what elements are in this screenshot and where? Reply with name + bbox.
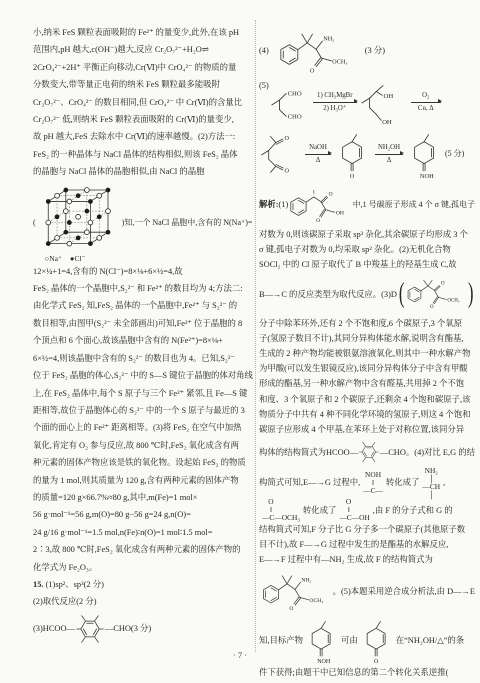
analysis-text: 构简式可知,E—→G 过程中, (259, 475, 360, 490)
analysis-text: 在“NH₂OH/△”的条 (396, 633, 464, 648)
text-line: 的质量=120 g×66.7%≈80 g,其中,m(Fe)=1 mol× (33, 489, 257, 506)
text-line: 氧化,肯定有 O₂ 参与反应,故 800 ℃时,FeS₂ 氧化成含有两 (33, 437, 257, 454)
analysis-text: 可由 (341, 633, 358, 648)
text-line: 碳原子应形成 4 个甲基,在苯环上处于对称位置,该同分异 (259, 422, 475, 437)
o-label: O (350, 173, 355, 180)
analysis-text: , (443, 475, 445, 490)
paren-open: ( (33, 218, 36, 227)
scheme-row-1: (5) CHO CHO 1) CH₃MgBr 2) H₃O⁺ OH (259, 78, 475, 126)
text-line: 24 g/16 g·mol⁻¹=1.5 mol,n(Fe)∶n(O)=1 mol… (33, 524, 257, 541)
analysis-text: 构体的结构简式为HCOO— (259, 445, 358, 460)
oh-label: OH (336, 211, 344, 217)
text-line: 对数为 0,则该碳原子采取 sp³ 杂化,其余碳原子均形成 3 个 (259, 227, 475, 242)
paren-open: ( (399, 280, 405, 308)
text-line: 数目相等,由图甲(S₂²⁻ 未全部画出)可知,Fe²⁺ 位于晶胞的 8 (33, 315, 257, 332)
noh-label: NOH (317, 659, 331, 665)
text-line: 的量为 1 mol,则其质量为 120 g,含有两种元素的固体产物 (33, 472, 257, 489)
amino-ester-structure: NH₂ O OCH₃ (271, 26, 363, 76)
arrow-reagent-top: NH₂OH (378, 144, 400, 152)
left-column: 小,纳米 FeS 颗粒表面吸附的 Fe²⁺ 的量变少,此外,在该 pH 范围内,… (33, 24, 257, 644)
text-line: 范围内,pH 越大,c(OH⁻)越大,反应 Cr₂O₇²⁻+H₂O⇌ (33, 41, 257, 58)
methylcyclohexenone-structure: O (333, 128, 373, 180)
analysis-lead-row: 解析:(1) 1 O O OH 中,1 号碳原子形成 4 个 σ 键,孤电子 (259, 183, 475, 227)
analysis-text: 转化成了 (303, 503, 337, 518)
cho-label: CHO (287, 114, 301, 121)
analysis-text: 转化成了 (386, 475, 420, 490)
text-line: 个顶点和 6 个面心,故该晶胞中含有的 N(Fe²⁺)=8×⅛+ (33, 332, 257, 349)
text-line: Cr₂O₇²⁻、CrO₄²⁻ 的数目相同,但 CrO₄²⁻ 中 Cr(Ⅵ)的含量… (33, 94, 257, 111)
carboxyl-group-fragment: O ‖ —C—OH (339, 498, 369, 521)
acid-label: —C—OH (339, 514, 369, 522)
analysis-text: —CHO。(4)对比 E,G 的结 (380, 445, 475, 460)
text-line: FeS₂ 的一种晶体与 NaCl 晶体的结构相似,则该 FeS₂ 晶体 (33, 146, 257, 163)
scanned-answer-page: 小,纳米 FeS 颗粒表面吸附的 Fe²⁺ 的量变少,此外,在该 pH 范围内,… (0, 0, 480, 683)
text-line: 12×¼+1=4,含有的 N(Cl⁻)=8×⅛+6×½=4,故 (33, 263, 257, 280)
arrow-reagent-top: NaOH (309, 144, 327, 152)
text-line: 为甲酸(可以发生银镜反应),该同分异构体分子中含有甲酸 (259, 361, 475, 376)
text-line: 和度、3 个氧原子和 2 个碳原子,还剩余 4 个饱和碳原子,该 (259, 392, 475, 407)
answer-text: —CHO(3 分) (105, 620, 151, 637)
text-line: σ 键,孤电子对数为 0,均采取 sp² 杂化。(2)无机化合物 (259, 242, 475, 257)
scheme-row-2: O O NaOH Δ O NH₂OH Δ (259, 128, 475, 180)
text-line: E—→F 过程中有—NH₂ 生成,故 F 的结构简式为 (259, 552, 475, 567)
legend-cl-label: Cl⁻ (74, 254, 85, 263)
text-line: 小,纳米 FeS 颗粒表面吸附的 Fe²⁺ 的量变少,此外,在该 pH (33, 24, 257, 41)
text-line: 2∶3,故 800 ℃时,FeS₂ 氧化成含有两种元素的固体产物的 (33, 541, 257, 558)
text-line: 子(氢原子数目不计),其同分异构体能水解,说明含有酯基, (259, 331, 475, 346)
text-line: 化学式为 Fe₂O₃。 (33, 559, 257, 576)
arrow-reagent-top: 1) CH₃MgBr (317, 92, 352, 100)
o-label: O (310, 67, 315, 74)
text-line: 上,在 FeS₂ 晶体中,每个 S 原子与三个 Fe²⁺ 紧邻,且 Fe—S 键 (33, 385, 257, 402)
analysis-text: B—→C 的反应类型为取代反应。(3)D (259, 287, 397, 302)
tetramethylbenzene-structure (75, 614, 105, 644)
score-label: (3 分) (365, 43, 385, 58)
keto-ester-structure: O O OCH₃ (406, 273, 465, 316)
analysis-label: 解析: (259, 200, 279, 209)
question-15-answer-line: (2)取代反应(2 分) (33, 593, 257, 610)
text-line: 由化学式 FeS₂ 知,FeS₂ 晶体的一个晶胞中,Fe²⁺ 与 S₂²⁻ 的 (33, 297, 257, 314)
legend-na-label: Na⁺ (49, 254, 62, 263)
carbon-label: —C— (363, 487, 383, 495)
text-line: 生成的 2 种产物均能被银氨溶液氧化,则其中一种水解产物 (259, 346, 475, 361)
text-line: 2CrO₄²⁻+2H⁺ 平衡正向移动,Cr(Ⅵ)中 CrO₄²⁻ 的物质的量 (33, 59, 257, 76)
crystal-legend: ○Na⁺ ●Cl⁻ (45, 254, 119, 263)
paren-close: ) (468, 280, 474, 308)
text-line: 物质分子中共有 4 种不同化学环境的氢原子,则这 4 个饱和 (259, 407, 475, 422)
och3-label: OCH₃ (448, 298, 460, 303)
o-label: O (285, 136, 290, 142)
analysis-text: ,由 F 的分子式和 G 的 (373, 503, 453, 518)
question-15-answer-line: 15. (1)sp²、sp³(2 分) (33, 576, 257, 593)
analysis-text: 。(5)本题采用逆合成分析法,由 D—→E (333, 584, 475, 599)
text-line: SOCl₂ 中的 Cl 原子取代了 B 中羧基上的羟基生成 C,故 (259, 257, 475, 272)
keto-acid-structure: 1 O O OH (288, 183, 352, 227)
carbon-1-label: 1 (313, 190, 316, 196)
oxime-group-fragment: NOH ‖ —C— (363, 471, 383, 494)
conversion-row-1: 构简式可知,E—→G 过程中, NOH ‖ —C— 转化成了 NH₂ │ —CH… (259, 467, 475, 498)
nacl-figure-row: ( (33, 183, 257, 263)
o-label: O (329, 191, 333, 197)
cyclohexenone-oxime-structure: NOH (405, 128, 445, 180)
arrow-reagent-top: O₂ (422, 92, 429, 100)
o-label: O (285, 168, 290, 174)
text-line: Cr₂O₇²⁻ 低,则纳米 FeS 颗粒表面吸附的 Cr(Ⅵ)的量变少, (33, 111, 257, 128)
nacl-unit-cell-block: ○Na⁺ ●Cl⁻ (39, 183, 119, 263)
isomer-structure-row: 构体的结构简式为HCOO— —CHO。(4)对比 E,G 的结 (259, 437, 475, 467)
arrow-line (411, 102, 441, 103)
text-line: 结构简式可知,F 分子比 G 分子多一个碳原子(其他原子数 (259, 522, 475, 537)
single-bond-glyph: │ (429, 491, 434, 499)
arrow-reagent-bottom: Δ (316, 157, 320, 165)
dialdehyde-structure: CHO CHO (269, 80, 311, 124)
arrow-reagent-bottom: Cu, Δ (418, 105, 434, 113)
answer-label: (1) (279, 200, 289, 209)
text-line: 故 pH 越大,FeS 去除水中 Cr(Ⅵ)的速率越慢。(2)方法一: (33, 128, 257, 145)
question-number: 15. (33, 580, 43, 589)
reaction-arrow: O₂ Cu, Δ (411, 92, 441, 112)
text-line: 件下获得;由题干中已知信息的第二个转化关系逆推( (259, 665, 475, 680)
page-number: · 7 · (0, 650, 480, 660)
text-line: 56 g·mol⁻¹=56 g,m(O)=80 g−56 g=24 g,n(O)… (33, 506, 257, 523)
o-label: O (289, 607, 293, 613)
o-label: O (374, 659, 379, 665)
diol-structure: OH OH (359, 78, 409, 126)
methyl-ester-group-fragment: O ‖ —C—OCH₃ (262, 498, 300, 521)
arrow-line (375, 154, 403, 155)
text-line: 分子中除苯环外,还有 2 个不饱和度,6 个碳原子,3 个氧原 (259, 316, 475, 331)
analysis-text: 知,目标产物 (259, 633, 303, 648)
analysis-text: 中,1 号碳原子形成 4 个 σ 键,孤电子 (353, 197, 475, 212)
amine-group-fragment: NH₂ │ —CH │ (422, 467, 440, 498)
compound-f-row: NH₂ O OCH₃ 。(5)本题采用逆合成分析法,由 D—→E (259, 567, 475, 615)
och3-label: OCH₃ (309, 599, 323, 605)
text-line: 种元素的固体产物应该是铁的氧化物。设起始 FeS₂ 的物质 (33, 454, 257, 471)
score-label: (5 分) (445, 146, 464, 161)
o-label: O (430, 305, 434, 310)
text-line: 的晶胞与 NaCl 晶体的晶胞相似,由 NaCl 的晶胞 (33, 163, 257, 180)
text-line: 6×½=4,则该晶胞中含有的 S₂²⁻ 的数目也为 4。已知,S₂²⁻ (33, 350, 257, 367)
och3-label: OCH₃ (332, 59, 347, 66)
isomer-structure-row: (3)HCOO— —CHO(3 分) (33, 614, 257, 644)
oh-label: OH (383, 93, 393, 100)
answer-4-row: (4) NH₂ O OCH₃ (3 分) (259, 26, 475, 76)
cho-label: CHO (287, 90, 301, 97)
arrow-reagent-bottom: 2) H₃O⁺ (323, 105, 346, 113)
answer-label: (4) (259, 43, 269, 58)
o-label: O (441, 281, 445, 286)
nh2-label: NH₂ (301, 578, 311, 584)
text-line: 位于 FeS₂ 晶胞的体心,S₂²⁻ 中的 S—S 键位于晶胞的体对角线 (33, 367, 257, 384)
oh-label: OH (382, 119, 392, 126)
reaction-arrow: 1) CH₃MgBr 2) H₃O⁺ (313, 92, 357, 112)
right-column: (4) NH₂ O OCH₃ (3 分) (5) (259, 26, 475, 681)
crystal-wrap-text: )知,一个 NaCl 晶胞中,含有的 N(Na⁺)= (122, 217, 253, 228)
text-line: 距相等,故位于晶胞体心的 S₂²⁻ 中的一个 S 原子与最近的 3 (33, 402, 257, 419)
arrow-line (313, 102, 357, 103)
o-label: O (268, 498, 293, 506)
o-label: O (316, 218, 320, 224)
amino-ester-structure: NH₂ O OCH₃ (259, 567, 333, 615)
diketone-structure: O O (259, 129, 303, 179)
text-line: FeS₂ 晶体的一个晶胞中,S₂²⁻ 和 Fe²⁺ 的数目均为 4;方法二: (33, 280, 257, 297)
ester-label: —C—OCH₃ (262, 514, 300, 522)
text-line: 个面的面心上的 Fe²⁺ 距离相等。(3)将 FeS₂ 在空气中加热 (33, 419, 257, 436)
nacl-unit-cell-diagram (39, 183, 119, 248)
nh2-label: NH₂ (323, 35, 334, 42)
answer-label: (5) (259, 78, 269, 93)
reaction-arrow: NH₂OH Δ (375, 144, 403, 164)
arrow-reagent-bottom: Δ (387, 157, 391, 165)
text-line: 目不计),故 F—→G 过程中发生的是酯基的水解反应, (259, 537, 475, 552)
conversion-row-2: O ‖ —C—OCH₃ 转化成了 O ‖ —C—OH ,由 F 的分子式和 G … (259, 498, 475, 521)
arrow-line (305, 154, 331, 155)
noh-label: NOH (420, 173, 434, 180)
text-line: 形成的酯基,另一种水解产物中含有醛基,共用掉 2 个不饱 (259, 376, 475, 391)
compound-d-row: B—→C 的反应类型为取代反应。(3)D ( O O OCH₃ ) (259, 273, 475, 316)
answer-text: (3)HCOO— (33, 620, 75, 637)
reaction-arrow: NaOH Δ (305, 144, 331, 164)
answer-text: (1)sp²、sp³(2 分) (46, 580, 104, 589)
tetramethylbenzene-structure (358, 437, 380, 467)
text-line: 分数变大,带等量正电荷的纳米 FeS 颗粒最多能吸附 (33, 76, 257, 93)
